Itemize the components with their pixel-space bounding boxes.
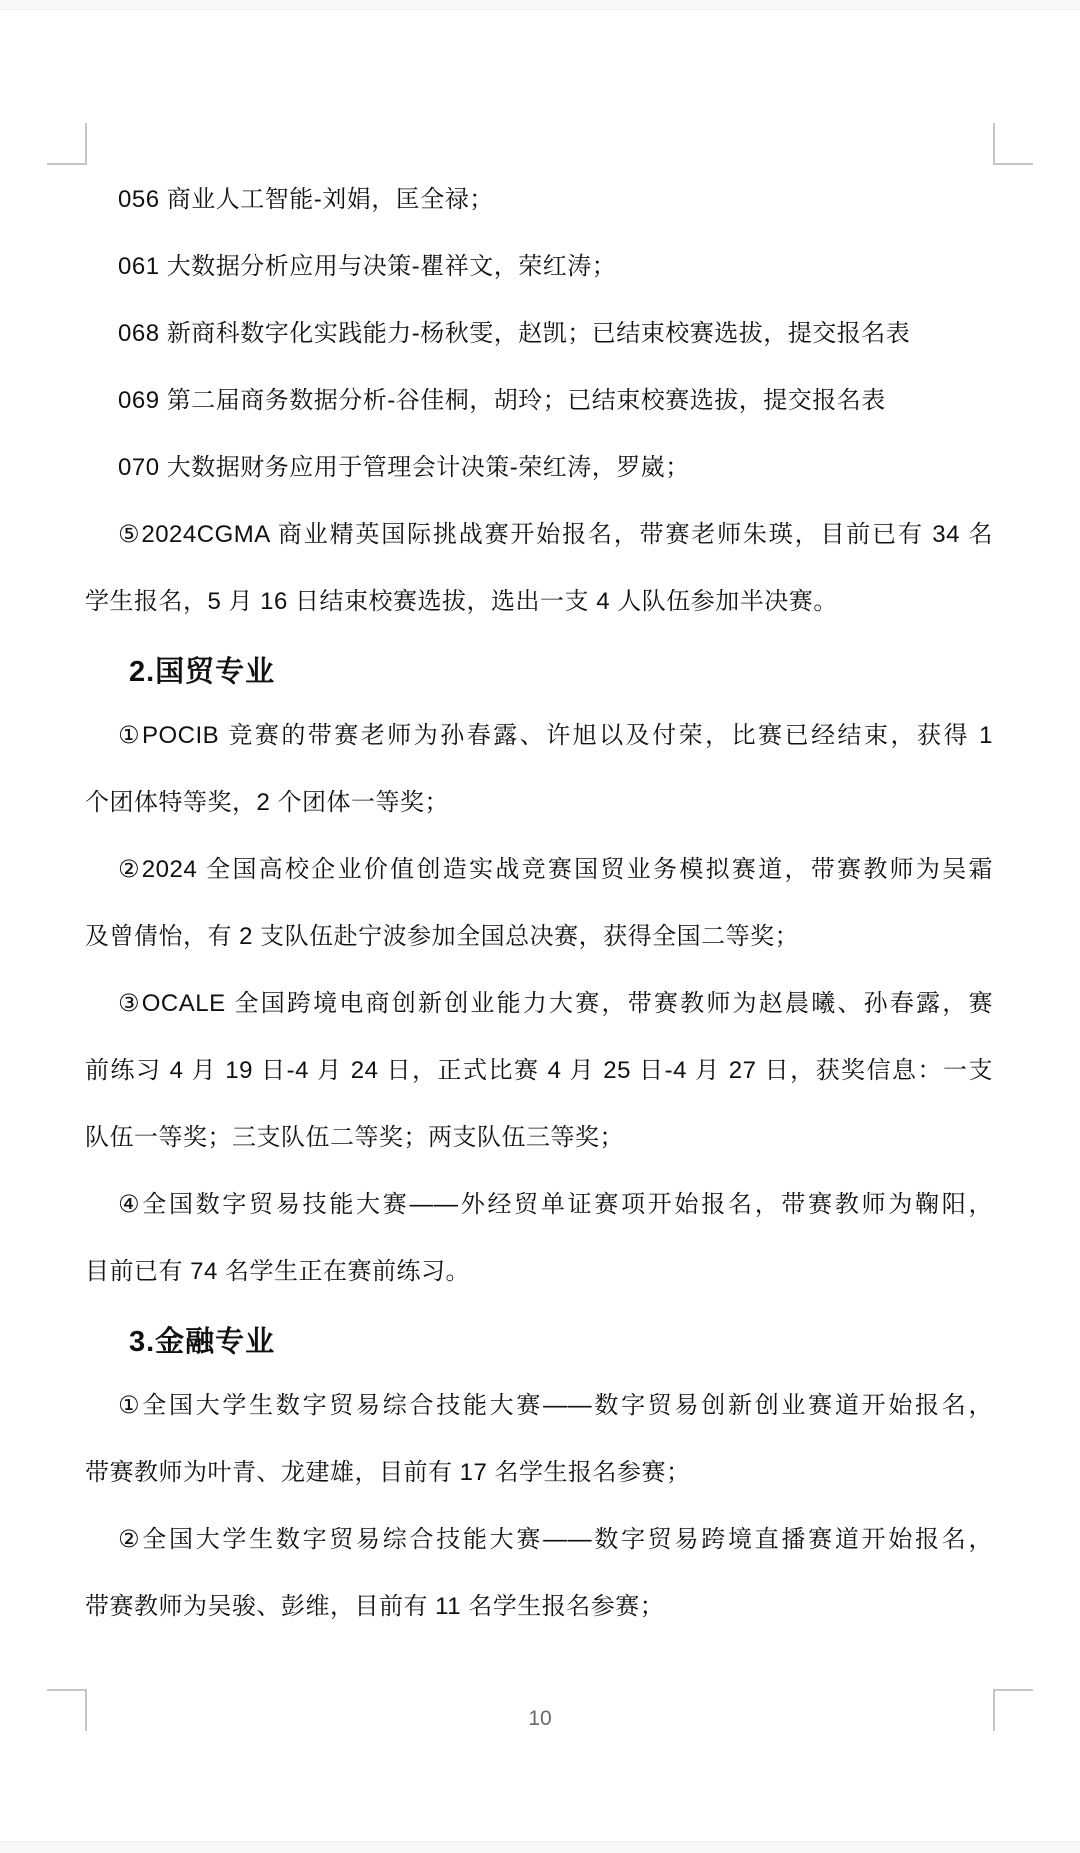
text-line: ③OCALE 全国跨境电商创新创业能力大赛，带赛教师为赵晨曦、孙春露，赛 — [85, 987, 993, 1054]
text-line: ②2024 全国高校企业价值创造实战竞赛国贸业务模拟赛道，带赛教师为吴霜 — [85, 853, 993, 920]
text-line: ①全国大学生数字贸易综合技能大赛——数字贸易创新创业赛道开始报名， — [85, 1389, 993, 1456]
text-line: 前练习 4 月 19 日-4 月 24 日，正式比赛 4 月 25 日-4 月 … — [85, 1054, 993, 1121]
section-heading: 2.国贸专业 — [85, 652, 993, 719]
document-viewer: 056 商业人工智能-刘娟，匡全禄；061 大数据分析应用与决策-瞿祥文，荣红涛… — [0, 0, 1080, 1853]
text-line: 队伍一等奖；三支队伍二等奖；两支队伍三等奖； — [85, 1121, 993, 1188]
text-line: 068 新商科数字化实践能力-杨秋雯，赵凯；已结束校赛选拔，提交报名表 — [85, 317, 993, 384]
text-line: 069 第二届商务数据分析-谷佳桐，胡玲；已结束校赛选拔，提交报名表 — [85, 384, 993, 451]
text-line: 带赛教师为吴骏、彭维，目前有 11 名学生报名参赛； — [85, 1590, 993, 1657]
text-line: ④全国数字贸易技能大赛——外经贸单证赛项开始报名，带赛教师为鞠阳， — [85, 1188, 993, 1255]
text-line: 学生报名，5 月 16 日结束校赛选拔，选出一支 4 人队伍参加半决赛。 — [85, 585, 993, 652]
margin-mark-top-left-icon — [47, 123, 87, 165]
document-text-area: 056 商业人工智能-刘娟，匡全禄；061 大数据分析应用与决策-瞿祥文，荣红涛… — [85, 183, 993, 1657]
text-line: 个团体特等奖，2 个团体一等奖； — [85, 786, 993, 853]
page-number: 10 — [0, 1707, 1080, 1731]
text-line: ②全国大学生数字贸易综合技能大赛——数字贸易跨境直播赛道开始报名， — [85, 1523, 993, 1590]
top-edge-strip — [0, 0, 1080, 10]
text-line: 目前已有 74 名学生正在赛前练习。 — [85, 1255, 993, 1322]
section-heading: 3.金融专业 — [85, 1322, 993, 1389]
text-line: 带赛教师为叶青、龙建雄，目前有 17 名学生报名参赛； — [85, 1456, 993, 1523]
text-line: 061 大数据分析应用与决策-瞿祥文，荣红涛； — [85, 250, 993, 317]
text-line: ①POCIB 竞赛的带赛老师为孙春露、许旭以及付荣，比赛已经结束，获得 1 — [85, 719, 993, 786]
margin-mark-top-right-icon — [993, 123, 1033, 165]
text-line: ⑤2024CGMA 商业精英国际挑战赛开始报名，带赛老师朱瑛，目前已有 34 名 — [85, 518, 993, 585]
text-line: 及曾倩怡，有 2 支队伍赴宁波参加全国总决赛，获得全国二等奖； — [85, 920, 993, 987]
bottom-edge-strip — [0, 1841, 1080, 1853]
text-line: 056 商业人工智能-刘娟，匡全禄； — [85, 183, 993, 250]
text-line: 070 大数据财务应用于管理会计决策-荣红涛，罗崴； — [85, 451, 993, 518]
